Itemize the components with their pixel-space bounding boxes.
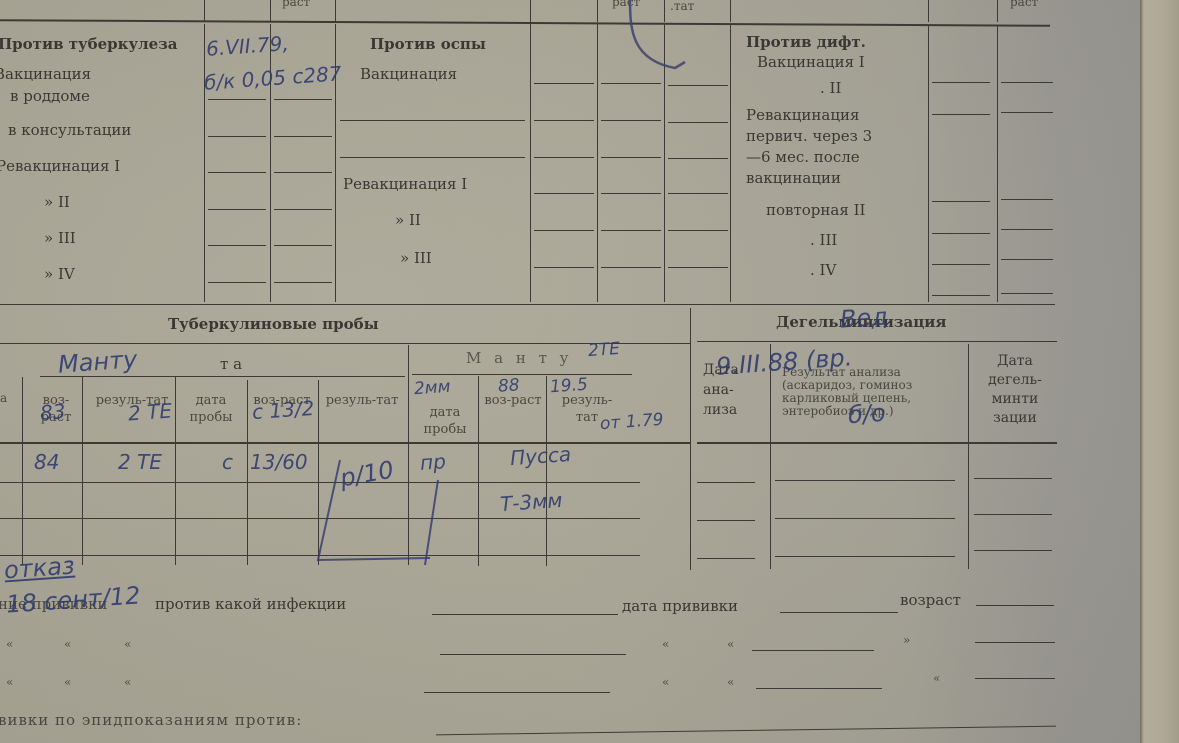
entry-line: [1001, 259, 1053, 260]
entry-line: [208, 245, 266, 246]
ditto-mark: «: [933, 672, 940, 685]
entry-line: [601, 83, 661, 84]
handwritten-tb-date: 6.VII.79,: [205, 31, 289, 61]
entry-line: [601, 193, 661, 194]
page-edge: [1140, 0, 1179, 743]
col-header: дата пробы: [180, 392, 242, 426]
ditto-mark: «: [727, 638, 734, 651]
tb-row-label: в консультации: [8, 122, 131, 139]
handwritten-dose: 2 ТЕ: [127, 398, 173, 425]
tuberculin-title: Туберкулиновые пробы: [168, 316, 379, 333]
ditto-mark: «: [124, 638, 131, 651]
other-vacc-age-label: возраст: [900, 592, 961, 609]
handwritten-row1-dose: 2 ТЕ: [118, 450, 162, 474]
diph-row-label: первич. через 3: [746, 128, 872, 145]
divider: [204, 24, 205, 302]
ditto-mark: «: [64, 676, 71, 689]
smallpox-row-label: » II: [395, 212, 421, 229]
entry-line: [208, 136, 266, 137]
ditto-mark: «: [662, 676, 669, 689]
handwritten-mantu: Манту: [57, 345, 138, 378]
age-field[interactable]: [975, 678, 1055, 679]
divider: [770, 344, 771, 569]
entry-line: [601, 120, 661, 121]
header-rule: [697, 341, 1057, 342]
handwritten-mantu-result: 2мм: [413, 377, 451, 399]
entry-line: [932, 233, 990, 234]
handwritten-tb-dose: б/к 0,05 с287: [203, 61, 342, 95]
entry-line: [668, 230, 728, 231]
handwritten-refusal: отказ: [3, 552, 75, 585]
handwritten-signature-strokes: [310, 450, 460, 570]
divider: [730, 0, 731, 22]
entry-line: [932, 201, 990, 202]
entry-line: [274, 282, 332, 283]
ditto-mark: «: [124, 676, 131, 689]
handwritten-mantu-date: 19.5: [549, 375, 588, 398]
entry-line: [208, 209, 266, 210]
ditto-mark: «: [727, 676, 734, 689]
diph-row-label: повторная II: [766, 202, 865, 219]
handwritten-mantu-age: 88: [497, 375, 520, 396]
entry-line: [274, 136, 332, 137]
tb-title: Против туберкулеза: [0, 36, 178, 53]
top-col-label: раст: [1010, 0, 1038, 9]
entry-line: [974, 550, 1052, 551]
divider: [22, 377, 23, 565]
handwritten-mantu-date2: от 1.79: [599, 410, 664, 434]
entry-line: [274, 99, 332, 100]
tb-row-label: » IV: [44, 266, 75, 283]
entry-line: [534, 157, 594, 158]
col-header: дата пробы: [414, 404, 476, 438]
entry-line: [340, 157, 525, 158]
entry-line: [601, 157, 661, 158]
divider: [175, 377, 176, 565]
col-header: резуль-тат: [322, 392, 402, 409]
entry-line: [775, 480, 955, 481]
handwritten-row1-age: 84: [34, 450, 59, 474]
diph-row-label: Ревакцинация: [746, 107, 859, 124]
infection-field[interactable]: [440, 654, 626, 655]
entry-line: [274, 245, 332, 246]
date-field[interactable]: [780, 612, 898, 613]
smallpox-title: Против оспы: [370, 36, 486, 53]
entry-line: [534, 120, 594, 121]
divider: [597, 0, 598, 22]
epid-label: вивки по эпидпоказаниям против:: [0, 712, 302, 729]
diph-row-label: —6 мес. после: [746, 149, 860, 166]
diphtheria-title: Против дифт.: [746, 34, 866, 51]
entry-line: [1001, 229, 1053, 230]
header-rule: [412, 374, 632, 375]
diph-row-label: Вакцинация I: [757, 54, 865, 71]
entry-line: [1001, 293, 1053, 294]
divider: [335, 0, 336, 22]
divider: [530, 0, 531, 22]
handwritten-age: 83: [39, 399, 66, 425]
diph-row-label: . III: [810, 232, 837, 249]
diph-row-label: . II: [820, 80, 841, 97]
entry-line: [668, 193, 728, 194]
entry-line: [534, 193, 594, 194]
entry-line: [601, 230, 661, 231]
divider: [968, 344, 969, 569]
entry-line: [208, 172, 266, 173]
header-rule: [0, 442, 690, 444]
entry-line: [534, 230, 594, 231]
other-vacc-date-label: дата прививки: [622, 598, 738, 615]
entry-line: [274, 172, 332, 173]
ditto-mark: «: [64, 638, 71, 651]
divider: [546, 376, 547, 566]
section-rule: [0, 304, 1055, 305]
entry-line: [534, 267, 594, 268]
divider: [928, 26, 929, 302]
handwritten-row1-result: 13/60: [250, 450, 308, 474]
handwritten-date-note: 18 сент/12: [5, 581, 141, 618]
entry-line: [1001, 112, 1053, 113]
entry-line: [697, 558, 755, 559]
infection-field[interactable]: [424, 692, 610, 693]
entry-line: [932, 295, 990, 296]
entry-line: [932, 82, 990, 83]
divider: [247, 380, 248, 565]
divider: [270, 0, 271, 22]
handwritten-row1-name: Пусса: [509, 442, 572, 470]
entry-line: [932, 264, 990, 265]
col-header-deworm-date: Дата дегель-минти зации: [980, 352, 1050, 428]
divider: [928, 0, 929, 22]
divider: [597, 24, 598, 302]
divider: [730, 24, 731, 302]
entry-line: [668, 267, 728, 268]
entry-line: [208, 99, 266, 100]
tb-row-label: в роддоме: [10, 88, 90, 105]
entry-line: [974, 514, 1052, 515]
diph-row-label: вакцинации: [746, 170, 841, 187]
handwritten-row1-c: с: [222, 450, 233, 474]
entry-line: [775, 518, 955, 519]
top-col-label: раст: [282, 0, 310, 9]
entry-line: [534, 83, 594, 84]
entry-line: [668, 85, 728, 86]
entry-line: [340, 120, 525, 121]
divider: [530, 24, 531, 302]
ditto-mark: «: [662, 638, 669, 651]
handwritten-2te: 2ТЕ: [587, 339, 620, 361]
smallpox-row-label: Вакцинация: [360, 66, 457, 83]
date-field[interactable]: [752, 650, 874, 651]
epid-field[interactable]: [436, 726, 1056, 736]
entry-line: [697, 482, 755, 483]
section-rule: [0, 19, 1050, 26]
divider: [690, 308, 691, 570]
entry-line: [697, 520, 755, 521]
handwritten-hook-stroke: [620, 0, 690, 75]
ditto-mark: »: [903, 634, 910, 647]
handwritten-row1-t3mm: Т-3мм: [499, 488, 563, 516]
entry-line: [668, 122, 728, 123]
diph-row-label: . IV: [810, 262, 836, 279]
col-header: а: [0, 392, 7, 405]
handwritten-result: с 13/2: [251, 396, 315, 424]
divider: [204, 0, 205, 22]
entry-line: [974, 478, 1052, 479]
entry-line: [208, 282, 266, 283]
tb-row-label: » II: [44, 194, 70, 211]
tuberculin-group-label: М а н т у: [466, 350, 573, 367]
tb-row-label: Ревакцинация I: [0, 158, 120, 175]
divider: [82, 377, 83, 565]
tb-row-label: Вакцинация: [0, 66, 91, 83]
divider: [997, 26, 998, 302]
ditto-mark: «: [6, 676, 13, 689]
entry-line: [1001, 82, 1053, 83]
smallpox-row-label: Ревакцинация I: [343, 176, 467, 193]
entry-line: [775, 556, 955, 557]
entry-line: [1001, 199, 1053, 200]
entry-line: [932, 114, 990, 115]
ditto-mark: «: [6, 638, 13, 651]
other-vacc-against: против какой инфекции: [155, 596, 346, 613]
divider: [997, 0, 998, 22]
age-field[interactable]: [975, 642, 1055, 643]
tb-row-label: » III: [44, 230, 76, 247]
date-field[interactable]: [756, 688, 882, 689]
age-field[interactable]: [976, 605, 1054, 606]
tuberculin-group-label: т а: [220, 356, 242, 373]
handwritten-deworm-result: б/о: [847, 399, 886, 430]
entry-line: [274, 209, 332, 210]
handwritten-deworm-mark: Вед: [839, 302, 889, 333]
entry-line: [668, 158, 728, 159]
form-page: раст раст .тат раст Против туберкулеза В…: [0, 0, 1140, 743]
infection-field[interactable]: [432, 614, 618, 615]
divider: [478, 376, 479, 566]
entry-line: [601, 267, 661, 268]
header-rule: [697, 442, 1057, 444]
smallpox-row-label: » III: [400, 250, 432, 267]
